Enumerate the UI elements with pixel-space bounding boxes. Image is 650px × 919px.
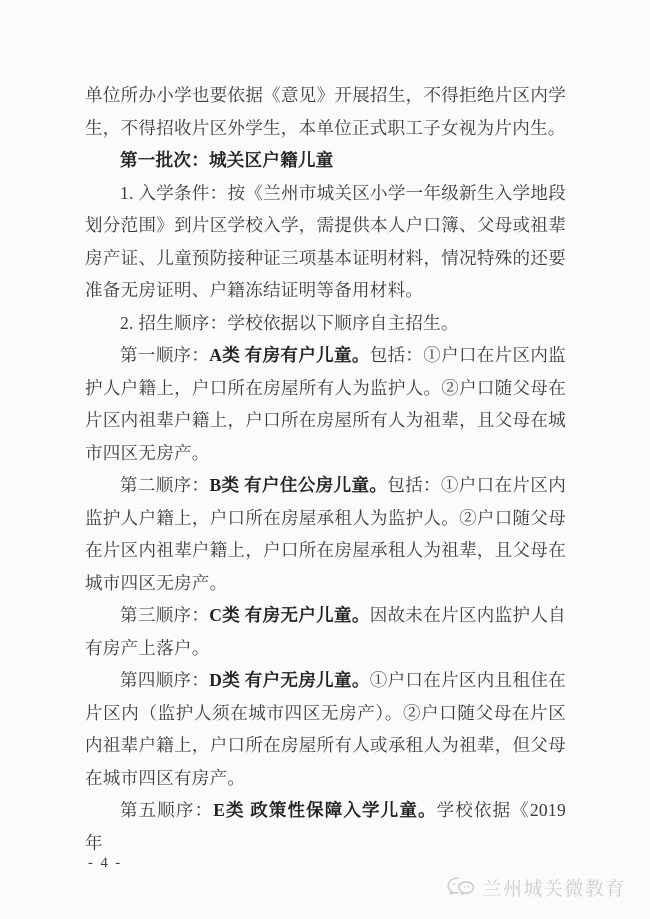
page-number: - 4 - [88, 855, 122, 872]
paragraph-order-2: 第二顺序：B类 有户住公房儿童。包括：①户口在片区内监护人户籍上，户口所在房屋承… [85, 469, 566, 599]
paragraph-order-5: 第五顺序：E类 政策性保障入学儿童。学校依据《2019 年 [85, 794, 566, 859]
wechat-icon [446, 876, 476, 900]
paragraph-admission-conditions: 1. 入学条件：按《兰州市城关区小学一年级新生入学地段划分范围》到片区学校入学，… [85, 177, 566, 307]
bold-text-run: B类 有户住公房儿童。 [209, 475, 387, 495]
paragraph-order-4: 第四顺序：D类 有户无房儿童。①户口在片区内且租住在片区内（监护人须在城市四区无… [85, 664, 566, 794]
bold-text-run: A类 有房有户儿童。 [209, 345, 369, 365]
text-run: 第一顺序： [120, 345, 209, 365]
text-run: 2. 招生顺序：学校依据以下顺序自主招生。 [120, 313, 459, 333]
document-body: 单位所办小学也要依据《意见》开展招生，不得拒绝片区内学生，不得招收片区外学生，本… [85, 79, 566, 859]
text-run: 1. 入学条件：按《兰州市城关区小学一年级新生入学地段划分范围》到片区学校入学，… [85, 183, 566, 301]
bold-text-run: D类 有户无房儿童。 [209, 670, 369, 690]
text-run: 第五顺序： [120, 800, 213, 820]
paragraph-continuation: 单位所办小学也要依据《意见》开展招生，不得拒绝片区内学生，不得招收片区外学生，本… [85, 79, 566, 144]
watermark: 兰州城关微教育 [446, 874, 626, 901]
paragraph-admission-order: 2. 招生顺序：学校依据以下顺序自主招生。 [85, 307, 566, 340]
text-run: 第二顺序： [120, 475, 209, 495]
paragraph-order-1: 第一顺序：A类 有房有户儿童。包括：①户口在片区内监护人户籍上，户口所在房屋所有… [85, 339, 566, 469]
text-run: 第三顺序： [120, 605, 209, 625]
paragraph-order-3: 第三顺序：C类 有房无户儿童。因故未在片区内监护人自有房产上落户。 [85, 599, 566, 664]
text-run: 单位所办小学也要依据《意见》开展招生，不得拒绝片区内学生，不得招收片区外学生，本… [85, 85, 566, 138]
document-page: 单位所办小学也要依据《意见》开展招生，不得拒绝片区内学生，不得招收片区外学生，本… [0, 0, 650, 919]
bold-text-run: C类 有房无户儿童。 [209, 605, 369, 625]
bold-text-run: 第一批次：城关区户籍儿童 [120, 150, 334, 170]
bold-text-run: E类 政策性保障入学儿童。 [213, 800, 436, 820]
text-run: 第四顺序： [120, 670, 209, 690]
paragraph-batch-heading: 第一批次：城关区户籍儿童 [85, 144, 566, 177]
watermark-text: 兰州城关微教育 [482, 874, 626, 901]
